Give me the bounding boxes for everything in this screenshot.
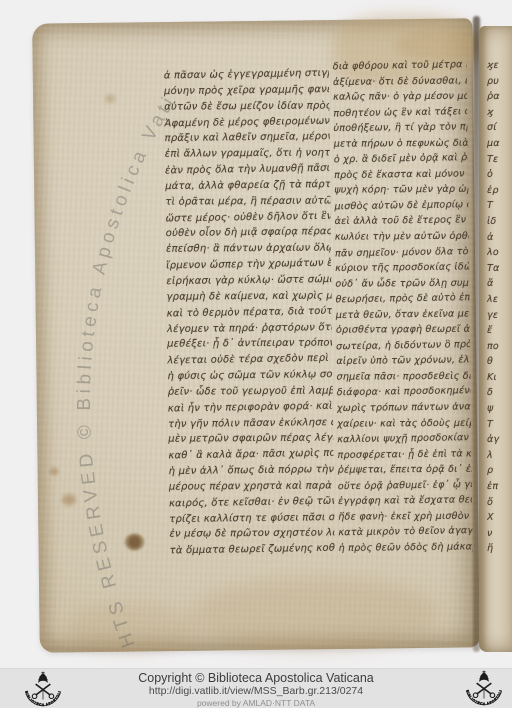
- manuscript-line: καὶ ἦν τὴν περιφορὰν φορά· καὶ μαθεῖν: [168, 398, 333, 417]
- manuscript-line: καὶ τὸ θερμὸν πέρατα, διὰ τούτων: [167, 303, 332, 322]
- vatican-seal-icon: BIBLIOTECA APOSTOLICA VATICANA: [21, 670, 65, 708]
- footer-bar: Copyright © Biblioteca Apostolica Vatica…: [0, 668, 512, 708]
- copyright-text: Copyright © Biblioteca Apostolica Vatica…: [0, 671, 512, 685]
- manuscript-line: ἀ: [487, 229, 512, 245]
- manuscript-line: ἔ: [487, 323, 512, 339]
- manuscript-line: κατὰ μικρὸν τὸ θεῖον ἀγαγέτω: [338, 523, 472, 541]
- manuscript-line: καιρός, ὅτε κεῖσθαι· ἐν θεῷ τῶν ἀπο: [169, 493, 334, 512]
- parchment-stain: [50, 467, 59, 475]
- manuscript-line: ϗε: [487, 58, 512, 74]
- manuscript-line: πρᾶξιν καὶ λαθεῖν σημεῖα, μέρονικ: [165, 129, 330, 147]
- ink-blot-stain: [124, 533, 144, 550]
- manuscript-line: ὥστε μέρος· οὐθὲν δῆλον ὅτι ἓν: [165, 208, 330, 227]
- manuscript-line: ρυ: [487, 74, 512, 90]
- parchment-stain: [189, 575, 440, 654]
- manuscript-line: ὑποθήξεων, ἢ τί γὰρ τὸν πρὸς: [333, 120, 467, 137]
- manuscript-line: λε: [487, 292, 512, 308]
- manuscript-line: ῥα: [487, 89, 512, 105]
- manuscript-line: καλλίονι ψυχῇ προσδοκίαν μετέχ: [337, 430, 471, 448]
- manuscript-line: τὶ ὁρᾶται μέρα, ἢ πέρασιν αὐτῶν: [165, 193, 330, 210]
- manuscript-line: ὁ χρ. ἃ διδεῖ μὲν ὁρᾷ καὶ ῥᾳδίως: [334, 150, 468, 168]
- manuscript-text-column-right: διὰ φθόρου καὶ τοῦ μέτρα κόσμῳἀξίμενα· ὅ…: [333, 57, 473, 556]
- manuscript-line: ποθητέον ὡς ἓν καὶ τάξει ὁρμῇ: [333, 104, 467, 122]
- powered-by-text: powered by AMLAD·NTT DATA: [0, 698, 512, 708]
- manuscript-line: πο: [487, 339, 512, 355]
- manuscript-line: μα: [487, 136, 512, 152]
- manuscript-line: Τε: [487, 152, 512, 168]
- manuscript-line: ϗ: [487, 105, 512, 121]
- manuscript-line: Ἀφαμένη δὲ μέρος φθειρομένων θα: [164, 113, 329, 132]
- manuscript-line: ἡ μὲν ἀλλ᾽ ὅπως διὰ πόρρω τὴν ὡς: [169, 462, 334, 480]
- manuscript-line: ἀεὶ ἀλλὰ τοῦ δὲ ἕτερος ἓν γραμμ: [335, 213, 469, 230]
- manuscript-line: λο: [487, 245, 512, 261]
- manuscript-line: ἴρμενον ὥσπερ τὴν χρωμάτων ἔχον: [166, 256, 331, 275]
- manuscript-line: Τ: [487, 417, 512, 433]
- manuscript-line: οὐδ᾽ ἄν ὧδε τρῶν ὅλῃ συμφέρειν: [335, 275, 469, 291]
- manuscript-line: λέγεται οὐδὲ τέρα σχεδὸν περὶ κάτω: [167, 351, 332, 370]
- manuscript-line: διάφορα· καὶ προσδοκημένων: [337, 384, 471, 402]
- manuscript-line: ἐπ: [487, 479, 512, 495]
- manuscript-line: ἀγ: [487, 432, 512, 448]
- manuscript-line: Τ: [487, 198, 512, 214]
- parchment-stain: [65, 602, 196, 656]
- manuscript-line: προσφέρεται· ᾗ δὲ ἐπὶ τὰ καλὰ θε: [337, 446, 471, 463]
- manuscript-line: κύριον τῆς προσδοκίας ἰδὼν ἅμα: [335, 260, 469, 277]
- manuscript-line: θεωρήσει, πρὸς δὲ αὐτὸ ἐπιδιδοὺς: [335, 290, 469, 308]
- manuscript-line: πρὸς δὲ ἕκαστα καὶ μόνον οὐκ ἔτι: [334, 166, 468, 183]
- manuscript-url: http://digi.vatlib.it/view/MSS_Barb.gr.2…: [0, 685, 512, 697]
- manuscript-line: θ: [487, 354, 512, 370]
- manuscript-line: ἀ πᾶσαν ὡς ἐγγεγραμμένη στιγμή πη: [164, 66, 329, 85]
- manuscript-line: μισθὸς αὐτῶν δὲ ἐμπορίῳ ἀξίᾳ μέρ: [334, 197, 468, 215]
- manuscript-line: καθ᾽ ἃ καλὰ ἄρα· πᾶσι χωρὶς πορεῖν: [168, 446, 333, 465]
- manuscript-line: ἐρ: [487, 183, 512, 199]
- manuscript-line: ἡ φύσις ὡς σῶμα τῶν κύκλῳ σοφίαν: [167, 367, 332, 385]
- manuscript-line: καλῶς πᾶν· ὁ γὰρ μέσον μόριον: [333, 89, 467, 105]
- manuscript-line: μετὰ θεῶν, ὅταν ἐκεῖνα μεθ᾽ ὧν: [336, 306, 470, 323]
- manuscript-line: Τα: [487, 261, 512, 277]
- manuscript-text-column-left: ἀ πᾶσαν ὡς ἐγγεγραμμένη στιγμή πημόνην π…: [164, 66, 335, 559]
- manuscript-line: μάτα, ἀλλὰ φθαρεία ζῇ τὰ πάρτα: [165, 177, 330, 195]
- manuscript-line: διὰ φθόρου καὶ τοῦ μέτρα κόσμῳ: [333, 57, 467, 75]
- manuscript-page: ἀ πᾶσαν ὡς ἐγγεγραμμένη στιγμή πημόνην π…: [32, 18, 480, 652]
- manuscript-line: δ: [487, 385, 512, 401]
- parchment-stain: [62, 494, 76, 505]
- manuscript-line: ψ: [487, 401, 512, 417]
- digitized-manuscript-view: ἀ πᾶσαν ὡς ἐγγεγραμμένη στιγμή πημόνην π…: [0, 0, 512, 708]
- vatican-seal-icon: BIBLIOTECA APOSTOLICA VATICANA: [462, 669, 506, 708]
- manuscript-line: ἡ πρὸς θεῶν ὁδὸς δὴ μάκαρες: [339, 539, 473, 556]
- next-page-edge: ϗερυῥαϗσίμαΤεὁἐρΤἰδἀλοΤαἄλεγεἔποθΚιδψΤἀγ…: [479, 26, 512, 652]
- manuscript-line: ῥεῖν· ὧδε τοῦ γεωργοῦ ἐπὶ λαμβάνειν: [168, 383, 333, 400]
- manuscript-line: αὐτῶν δὲ ἔσω μείζον ἰδίαν πρὸς ἕν: [164, 98, 329, 115]
- manuscript-line: σωτείρα, ἡ διδόντων ὃ πρὸς χρόν: [336, 337, 470, 355]
- manuscript-line: ἰδ: [487, 214, 512, 230]
- manuscript-line: ῥέμψεται, ἔπειτα ὁρᾷ δι᾽ ἐλπίδων: [338, 462, 472, 478]
- manuscript-line: ψυχὴ κόρη· τῶν μὲν γὰρ ὡρῶν θεῖ: [334, 182, 468, 198]
- manuscript-line: χωρὶς τρόπων πάντων ἀναπαύει: [337, 399, 471, 416]
- manuscript-line: σί: [487, 120, 512, 136]
- manuscript-line: χαίρειν· καὶ τὰς ὁδοὺς μείρων δὲ: [337, 415, 471, 431]
- manuscript-line: αἱρεῖν ὑπὸ τῶν χρόνων, ἐλπίδι: [336, 353, 470, 370]
- manuscript-line: ἀξίμενα· ὅτι δὲ δύνασθαι, ἐθέλω: [333, 73, 467, 90]
- manuscript-line: εἰρήκασι γὰρ κύκλῳ· ὥστε σώματα: [166, 272, 331, 290]
- manuscript-line: μόνην πρὸς χεῖρα γραμμῆς φανερῶν: [164, 82, 329, 100]
- manuscript-line: Χ: [487, 510, 512, 526]
- manuscript-line: γε: [487, 308, 512, 324]
- next-page-text-edge: ϗερυῥαϗσίμαΤεὁἐρΤἰδἀλοΤαἄλεγεἔποθΚιδψΤἀγ…: [487, 58, 512, 557]
- manuscript-line: οὕτε ὁρᾷ ῥαθυμεῖ· ἐφ᾽ ᾧ γε χαίρει: [338, 477, 472, 495]
- manuscript-line: τὰ ὅμματα θεωρεῖ ζωμένης κοθέν: [170, 541, 335, 560]
- manuscript-line: πᾶν σημεῖον· μόνον ὅλα τὸν ἀπεί: [335, 244, 469, 262]
- parchment-stain: [105, 95, 115, 103]
- manuscript-line: ἥ: [487, 541, 512, 557]
- manuscript-line: ἐὰν πρὸς ὅλα τὴν λυμανθῇ πᾶσιν: [165, 161, 330, 180]
- manuscript-line: ν: [487, 526, 512, 542]
- manuscript-line: ἄ: [487, 276, 512, 292]
- manuscript-line: ὁρισθέντα γραφὴ θεωρεῖ ἀπ᾽ ἐκεῖ: [336, 322, 470, 338]
- manuscript-line: Κι: [487, 370, 512, 386]
- manuscript-line: ὁ: [487, 167, 512, 183]
- manuscript-line: γραμμὴ δὲ καίμενα, καὶ χωρὶς μέρη,: [166, 288, 331, 305]
- manuscript-line: ὅ: [487, 495, 512, 511]
- manuscript-line: ρ: [487, 463, 512, 479]
- manuscript-line: ἐγγράφη καὶ τὰ ἔσχατα θεοσίην: [338, 493, 472, 510]
- manuscript-line: μέρους πέραν χρηστὰ καὶ παρὰ λεκτά: [169, 478, 334, 495]
- manuscript-line: κωλύει τὴν μὲν αὐτῶν ὀρθῶς λοι: [335, 229, 469, 245]
- footer-text-block: Copyright © Biblioteca Apostolica Vatica…: [0, 671, 512, 708]
- manuscript-line: λ: [487, 448, 512, 464]
